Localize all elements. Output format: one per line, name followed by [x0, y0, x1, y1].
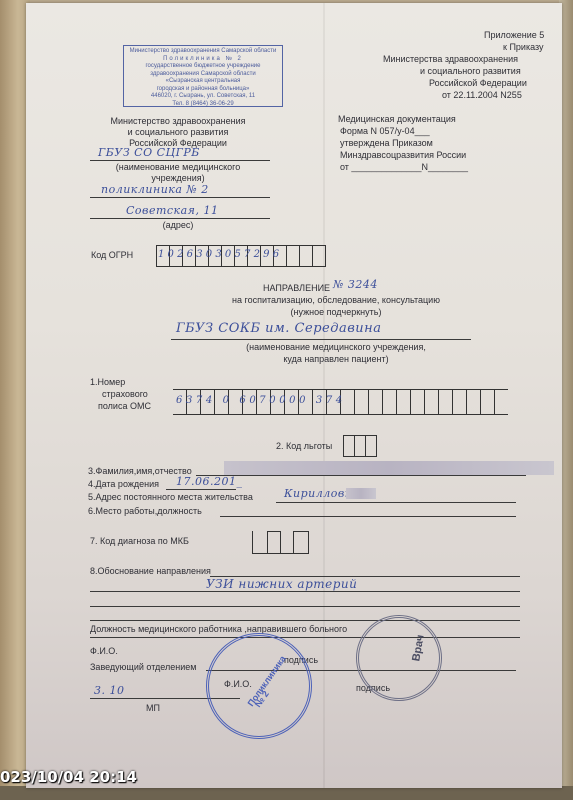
reason-value-handwritten: УЗИ нижних артерий: [206, 577, 357, 591]
appendix-line: и социального развития: [420, 66, 521, 77]
appendix-line: к Приказу: [503, 42, 544, 53]
redacted-address: [346, 488, 376, 499]
underline: [90, 620, 520, 621]
redacted-name: [224, 461, 554, 475]
issuer-institution-caption: (наименование медицинского: [88, 162, 268, 173]
ogrn-value-handwritten: 1026303057296: [158, 249, 282, 260]
form-info-line: Медицинская документация: [338, 114, 456, 125]
form-info-line: Форма N 057/у-04___: [340, 126, 430, 137]
stamp-line: здравоохранения Самарской области: [124, 71, 282, 79]
referral-note: (нужное подчеркнуть): [176, 307, 496, 318]
underline: [90, 637, 520, 638]
appendix-line: от 22.11.2004 N255: [442, 90, 522, 101]
destination-caption: (наименование медицинского учреждения,: [176, 342, 496, 353]
doctor-stamp-text: Врач: [410, 634, 426, 663]
background-surface-bottom: [0, 786, 573, 800]
underline: [90, 591, 520, 592]
head-of-department-label: Заведующий отделением: [90, 662, 196, 673]
fio-doctor-label: Ф.И.О.: [90, 646, 118, 657]
appendix-line: Приложение 5: [484, 30, 544, 41]
stamp-line: государственное бюджетное учреждение: [124, 63, 282, 71]
appendix-line: Российской Федерации: [429, 78, 527, 89]
work-label: 6.Место работы,должность: [88, 506, 202, 517]
referral-number-handwritten: № 3244: [333, 278, 378, 291]
benefit-code-boxes[interactable]: [343, 435, 377, 457]
stamp-line: городская и районная больница»: [124, 86, 282, 94]
position-label: Должность медицинского работника ,направ…: [90, 624, 347, 635]
stamp-line: Тел. 8 (8464) 36-06-29: [124, 101, 282, 109]
issuer-address-handwritten: Советская, 11: [126, 204, 218, 217]
stamp-line: Министерство здравоохранения Самарской о…: [124, 48, 282, 56]
photo-timestamp: 023/10/04 20:14: [0, 768, 137, 786]
dob-label: 4.Дата рождения: [88, 479, 159, 490]
underline: [166, 489, 236, 490]
form-info-line: Минздравсоцразвития России: [340, 150, 466, 161]
form-info-line: утверждена Приказом: [340, 138, 433, 149]
referral-form-document: Приложение 5 к Приказу Министерства здра…: [26, 3, 562, 788]
benefit-code-label: 2. Код льготы: [276, 441, 332, 452]
referral-title: НАПРАВЛЕНИЕ: [263, 283, 330, 294]
address-label: 5.Адрес постоянного места жительства: [88, 492, 253, 503]
stamp-line: «Сызранская центральная: [124, 78, 282, 86]
issuer-ministry: и социального развития: [88, 127, 268, 138]
stamp-line: Поликлиника № 2: [124, 56, 282, 64]
referral-subtitle: на госпитализацию, обследование, консуль…: [176, 295, 496, 306]
oms-label: полиса ОМС: [98, 401, 151, 412]
date-handwritten: 3. 10: [94, 684, 125, 697]
underline: [90, 606, 520, 607]
underline: [90, 160, 270, 161]
underline: [171, 339, 471, 340]
appendix-line: Министерства здравоохранения: [383, 54, 518, 65]
underline: [90, 197, 270, 198]
underline: [220, 516, 516, 517]
oms-label: страхового: [102, 389, 148, 400]
form-info-line: от ______________N________: [340, 162, 468, 173]
underline: [196, 475, 526, 476]
stamp-place-label: МП: [146, 703, 160, 714]
issuer-institution-handwritten: ГБУЗ СО СЦГРБ: [98, 146, 200, 159]
underline: [276, 502, 516, 503]
dob-value-handwritten: 17.06.201_: [176, 475, 242, 488]
icd-code-boxes[interactable]: [252, 531, 309, 554]
issuer-ministry: Министерство здравоохранения: [88, 116, 268, 127]
issuer-address-handwritten: поликлиника № 2: [101, 183, 209, 196]
stamp-line: 446020, г. Сызрань, ул. Советская, 11: [124, 93, 282, 101]
destination-handwritten: ГБУЗ СОКБ им. Середавина: [176, 321, 381, 336]
issuer-address-caption: (адрес): [88, 220, 268, 231]
clinic-rectangular-stamp: Министерство здравоохранения Самарской о…: [123, 45, 283, 107]
clinic-round-stamp: Поликлиника № 2: [206, 633, 312, 739]
icd-code-label: 7. Код диагноза по МКБ: [90, 536, 189, 547]
ogrn-label: Код ОГРН: [91, 250, 133, 261]
oms-label: 1.Номер: [90, 377, 125, 388]
destination-caption: куда направлен пациент): [176, 354, 496, 365]
oms-value-handwritten: 6374 0 6070000 374: [176, 395, 346, 406]
underline: [90, 218, 270, 219]
doctor-round-stamp: Врач: [356, 615, 442, 701]
reason-label: 8.Обоснование направления: [90, 566, 211, 577]
